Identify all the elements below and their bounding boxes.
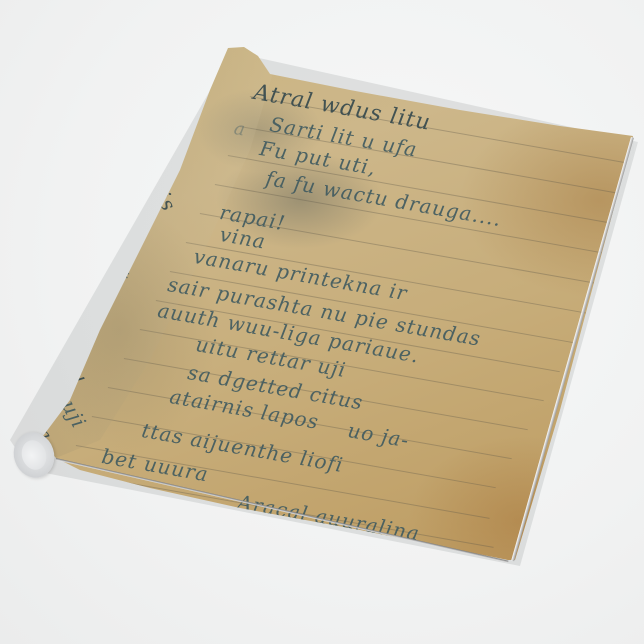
handwriting-line: uo ja- bbox=[346, 418, 411, 452]
product-photo: Atral wdus lituSarti lit u ufaFu put uti… bbox=[0, 0, 644, 644]
handwriting-line: a bbox=[232, 118, 247, 141]
handwriting-line: fa fu wactu drauga.... bbox=[264, 166, 504, 231]
